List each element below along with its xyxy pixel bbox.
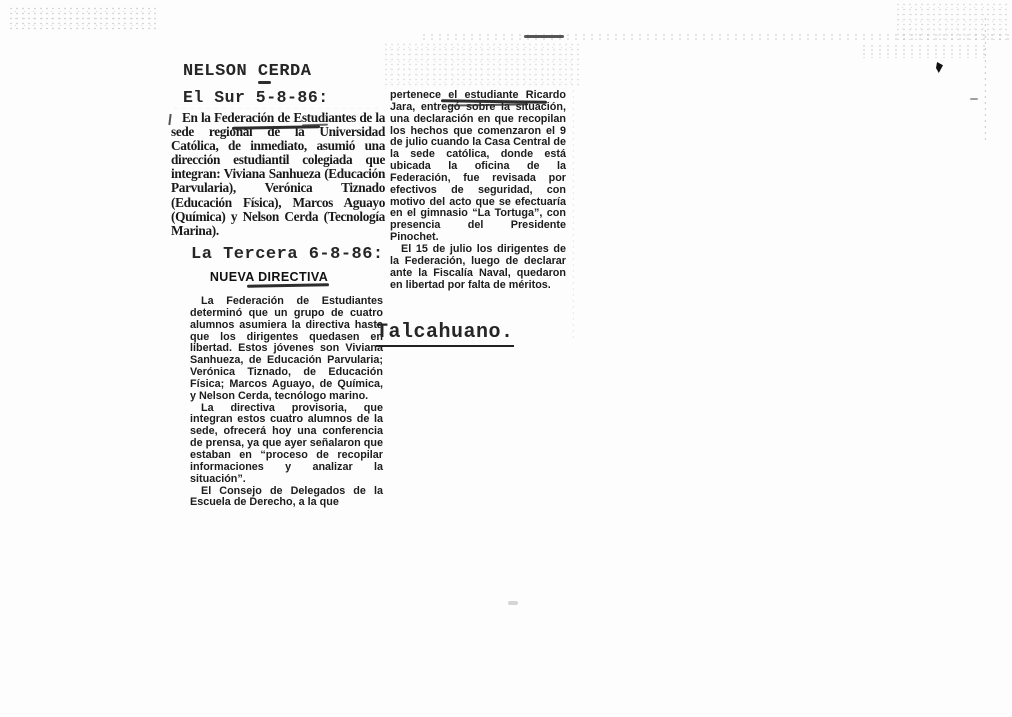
la-tercera-column-2: pertenece el estudiante Ricardo Jara, en… xyxy=(390,90,566,291)
scan-noise-above-right-column xyxy=(383,42,579,88)
typed-letter-underline xyxy=(258,81,271,84)
source-label-el-sur: El Sur 5-8-86: xyxy=(183,88,329,107)
scan-noise-top-right xyxy=(895,2,1007,40)
la-tercera-col1-paragraph-3: El Consejo de Delegados de la Escuela de… xyxy=(190,486,383,510)
column-edge-dots xyxy=(572,88,574,338)
small-gray-mark xyxy=(970,98,978,100)
el-sur-paragraph: En la Federación de Estudiantes de la se… xyxy=(171,111,385,238)
scanned-newspaper-clipping-page: NELSON CERDA El Sur 5-8-86: En la Federa… xyxy=(0,0,1012,717)
scan-noise-dark-dash xyxy=(524,35,564,38)
la-tercera-col1-paragraph-2: La directiva provisoria, que integran es… xyxy=(190,403,383,486)
pen-underline-headline xyxy=(247,283,329,287)
ink-speck xyxy=(936,62,943,73)
clipping-cut-edge-dots xyxy=(172,107,382,109)
scan-noise-right-cluster xyxy=(860,44,990,58)
article-headline: NUEVA DIRECTIVA xyxy=(188,270,350,284)
source-label-la-tercera: La Tercera 6-8-86: xyxy=(191,245,384,264)
faint-bottom-mark xyxy=(508,601,518,605)
la-tercera-column-1: La Federación de Estudiantes determinó q… xyxy=(190,296,383,509)
location-typed: Talcahuano. xyxy=(376,321,514,347)
subject-name-typed: NELSON CERDA xyxy=(183,62,311,81)
la-tercera-col2-paragraph-1: pertenece el estudiante Ricardo Jara, en… xyxy=(390,90,566,244)
scan-noise-top-left xyxy=(8,6,158,30)
scan-noise-vertical-dotted-line xyxy=(984,16,986,140)
la-tercera-col2-paragraph-2: El 15 de julio los dirigentes de la Fede… xyxy=(390,244,566,291)
la-tercera-col1-paragraph-1: La Federación de Estudiantes determinó q… xyxy=(190,296,383,403)
scan-noise-dotted-band xyxy=(420,33,1010,41)
el-sur-article: En la Federación de Estudiantes de la se… xyxy=(171,111,385,238)
